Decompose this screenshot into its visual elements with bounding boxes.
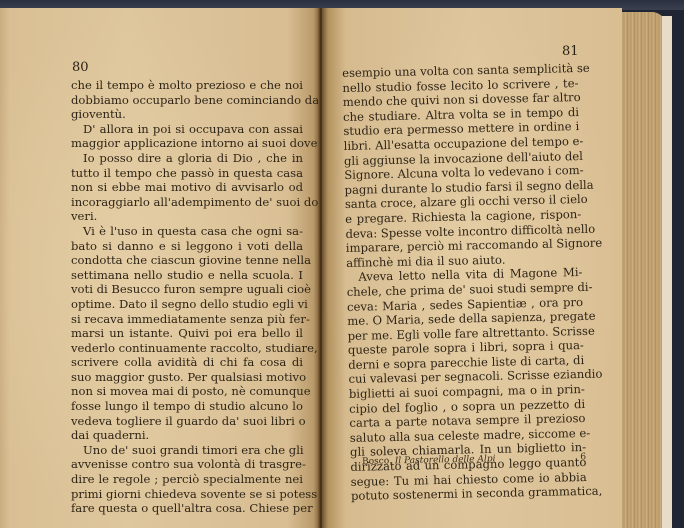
text-line: dire le regole ; perciò specialmente nei (71, 472, 303, 487)
text-line: Uno de' suoi grandi timori era che gli (71, 443, 303, 458)
text-line: suo maggior gusto. Per qualsiasi motivo (71, 370, 303, 385)
open-book: 80 che il tempo è molto prezioso e che n… (0, 8, 672, 528)
right-page: 81 esempio una volta con santa semplicit… (322, 8, 622, 528)
text-line: voti di Besucco furon sempre uguali cioè (71, 282, 303, 297)
page-text: esempio una volta con santa semplicità s… (342, 61, 587, 504)
text-line: Vi è l'uso in questa casa che ogni sa- (71, 224, 303, 239)
text-line: non si ebbe mai motivo di avvisarlo od (71, 180, 303, 195)
text-line: fare questa o quell'altra cosa. Chiese p… (71, 501, 303, 516)
text-line: settimana nello studio e nella scuola. I (71, 268, 303, 283)
text-line: veri. (71, 209, 303, 224)
back-cover-edge (662, 16, 672, 528)
text-line: che il tempo è molto prezioso e che noi (71, 78, 303, 93)
text-line: optime. Dato il segno dello studio egli … (71, 297, 303, 312)
text-line: fosse lungo il tempo di studio alcuno lo (71, 399, 303, 414)
page-edges (622, 12, 666, 528)
text-line: si recava immediatamente senza più fer- (71, 312, 303, 327)
text-line: marsi un istante. Quivi poi era bello il (71, 326, 303, 341)
page-number: 80 (72, 60, 89, 75)
text-line: vederlo continuamente raccolto, studiare… (71, 341, 303, 356)
text-line: condotta che ciascun giovine tenne nella (71, 253, 303, 268)
footer-title: Il Pastorello delle Alpi (395, 454, 496, 466)
footer-author: Bosco. (362, 456, 392, 467)
text-line: primi giorni chiedeva sovente se si pote… (71, 487, 303, 502)
text-line: tutto il tempo che passò in questa casa (71, 166, 303, 181)
text-line: D' allora in poi si occupava con assai (71, 122, 303, 137)
text-line: maggior applicazione intorno ai suoi dov… (71, 136, 303, 151)
text-line: non si movea mai di posto, nè comunque (71, 384, 303, 399)
text-line: scrivere colla avidità di chi fa cosa di (71, 355, 303, 370)
left-page: 80 che il tempo è molto prezioso e che n… (0, 8, 320, 528)
page-number: 81 (562, 44, 579, 59)
signature-mark: 6 (580, 452, 586, 462)
text-line: gioventù. (71, 107, 303, 122)
text-line: dobbiamo occuparlo bene cominciando dall… (71, 93, 303, 108)
text-line: vedeva togliere il guardo da' suoi libri… (71, 414, 303, 429)
text-line: dai quaderni. (71, 428, 303, 443)
text-line: bato si danno e si leggono i voti della (71, 239, 303, 254)
text-line: incoraggiarlo all'adempimento de' suoi d… (71, 195, 303, 210)
page-text: che il tempo è molto prezioso e che noi … (71, 78, 303, 516)
text-line: avvenisse contro sua volontà di trasgre- (71, 457, 303, 472)
text-line: Io posso dire a gloria di Dio , che in (71, 151, 303, 166)
